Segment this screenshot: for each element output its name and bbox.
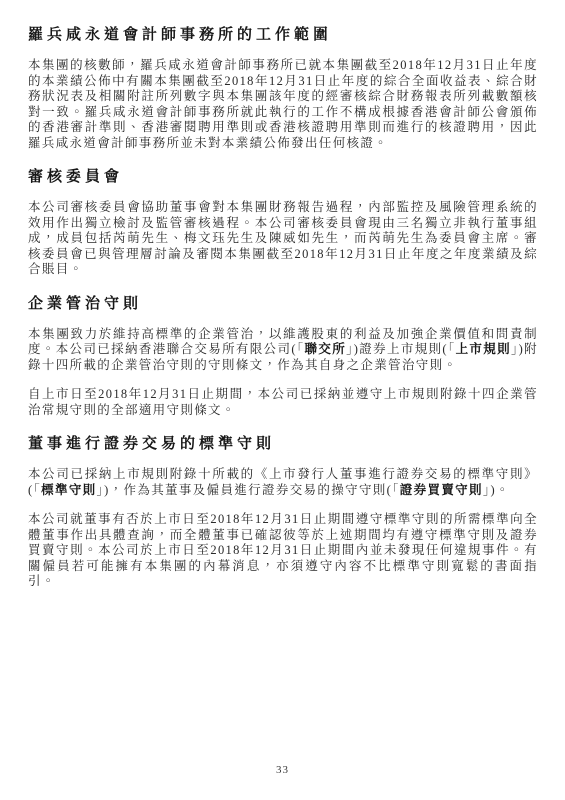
- paragraph-model-code-2: 本公司就董事有否於上市日至2018年12月31日止期間遵守標準守則的所需標準向全…: [28, 512, 538, 590]
- paragraph-corporate-governance-1: 本集團致力於維持高標準的企業管治，以維護股東的利益及加強企業價值和問責制度。本公…: [28, 327, 538, 374]
- section-heading-auditor-scope: 羅兵咸永道會計師事務所的工作範圍: [28, 26, 538, 45]
- text-run: 本集團的核數師，羅兵咸永道會計師事務所已就本集團截至2018年12月31日止年度…: [28, 58, 538, 150]
- section-corporate-governance-code: 企業管治守則 本集團致力於維持高標準的企業管治，以維護股東的利益及加強企業價值和…: [28, 295, 538, 419]
- paragraph-auditor-scope: 本集團的核數師，羅兵咸永道會計師事務所已就本集團截至2018年12月31日止年度…: [28, 58, 538, 151]
- paragraph-audit-committee: 本公司審核委員會協助董事會對本集團財務報告過程，內部監控及風險管理系統的效用作出…: [28, 200, 538, 278]
- defined-term-listing-rules: 上市規則: [456, 342, 511, 356]
- paragraph-model-code-1: 本公司已採納上市規則附錄十所載的《上市發行人董事進行證券交易的標準守則》(「標準…: [28, 467, 538, 498]
- text-run: 」)，作為其董事及僱員進行證券交易的操守守則(「: [97, 483, 400, 497]
- paragraph-corporate-governance-2: 自上市日至2018年12月31日止期間，本公司已採納並遵守上市規則附錄十四企業管…: [28, 387, 538, 418]
- section-heading-model-code: 董事進行證券交易的標準守則: [28, 435, 538, 454]
- section-heading-corporate-governance: 企業管治守則: [28, 295, 538, 314]
- text-run: 本公司審核委員會協助董事會對本集團財務報告過程，內部監控及風險管理系統的效用作出…: [28, 200, 538, 276]
- defined-term-stock-exchange: 聯交所: [305, 342, 347, 356]
- text-run: 自上市日至2018年12月31日止期間，本公司已採納並遵守上市規則附錄十四企業管…: [28, 387, 538, 417]
- page-number: 33: [0, 764, 565, 776]
- document-page: 羅兵咸永道會計師事務所的工作範圍 本集團的核數師，羅兵咸永道會計師事務所已就本集…: [0, 0, 565, 800]
- defined-term-securities-dealing-code: 證券買賣守則: [400, 483, 483, 497]
- section-model-code-securities-transactions: 董事進行證券交易的標準守則 本公司已採納上市規則附錄十所載的《上市發行人董事進行…: [28, 435, 538, 590]
- document-content: 羅兵咸永道會計師事務所的工作範圍 本集團的核數師，羅兵咸永道會計師事務所已就本集…: [28, 26, 538, 604]
- text-run: 本公司就董事有否於上市日至2018年12月31日止期間遵守標準守則的所需標準向全…: [28, 512, 538, 588]
- text-run: 」)。: [483, 483, 510, 497]
- text-run: 」)證券上市規則(「: [346, 342, 455, 356]
- section-audit-committee: 審核委員會 本公司審核委員會協助董事會對本集團財務報告過程，內部監控及風險管理系…: [28, 168, 538, 278]
- section-auditor-scope-of-work: 羅兵咸永道會計師事務所的工作範圍 本集團的核數師，羅兵咸永道會計師事務所已就本集…: [28, 26, 538, 151]
- defined-term-model-code: 標準守則: [41, 483, 96, 497]
- section-heading-audit-committee: 審核委員會: [28, 168, 538, 187]
